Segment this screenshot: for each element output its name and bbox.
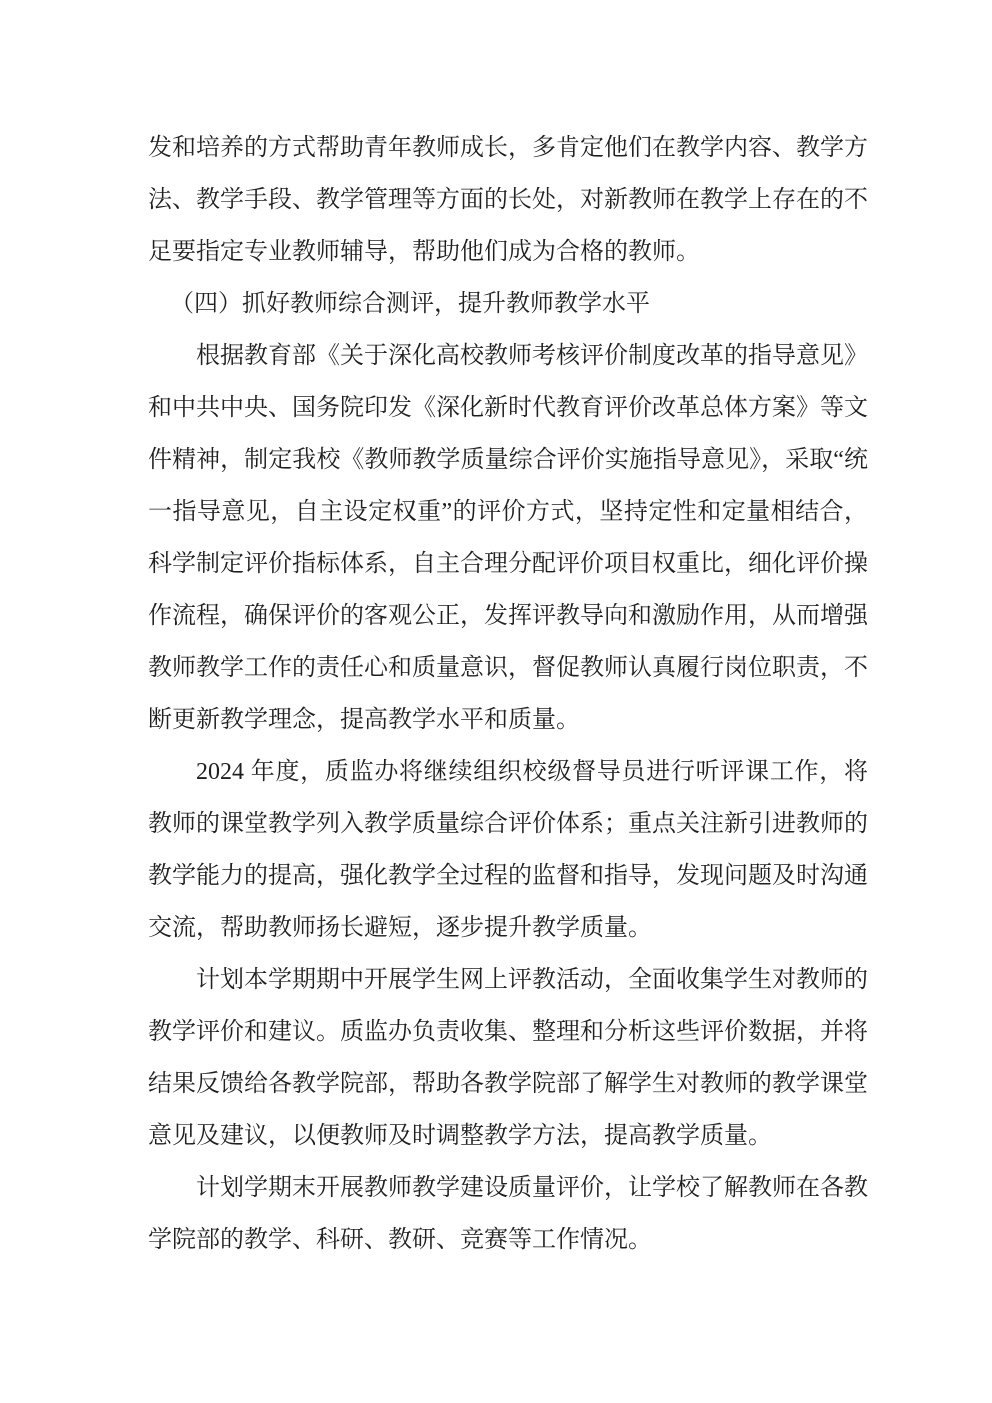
paragraph-2024-supervision: 2024 年度，质监办将继续组织校级督导员进行听评课工作，将教师的课堂教学列入教… bbox=[148, 746, 868, 954]
paragraph-midterm-student-evaluation: 计划本学期期中开展学生网上评教活动，全面收集学生对教师的教学评价和建议。质监办负… bbox=[148, 954, 868, 1162]
paragraph-endterm-quality-evaluation: 计划学期末开展教师教学建设质量评价，让学校了解教师在各教学院部的教学、科研、教研… bbox=[148, 1162, 868, 1266]
paragraph-continuation: 发和培养的方式帮助青年教师成长，多肯定他们在教学内容、教学方法、教学手段、教学管… bbox=[148, 122, 868, 278]
paragraph-evaluation-policy: 根据教育部《关于深化高校教师考核评价制度改革的指导意见》和中共中央、国务院印发《… bbox=[148, 330, 868, 746]
text-block: 发和培养的方式帮助青年教师成长，多肯定他们在教学内容、教学方法、教学手段、教学管… bbox=[148, 122, 868, 1266]
section-heading: （四）抓好教师综合测评，提升教师教学水平 bbox=[148, 278, 868, 330]
document-page: 发和培养的方式帮助青年教师成长，多肯定他们在教学内容、教学方法、教学手段、教学管… bbox=[0, 0, 992, 1403]
